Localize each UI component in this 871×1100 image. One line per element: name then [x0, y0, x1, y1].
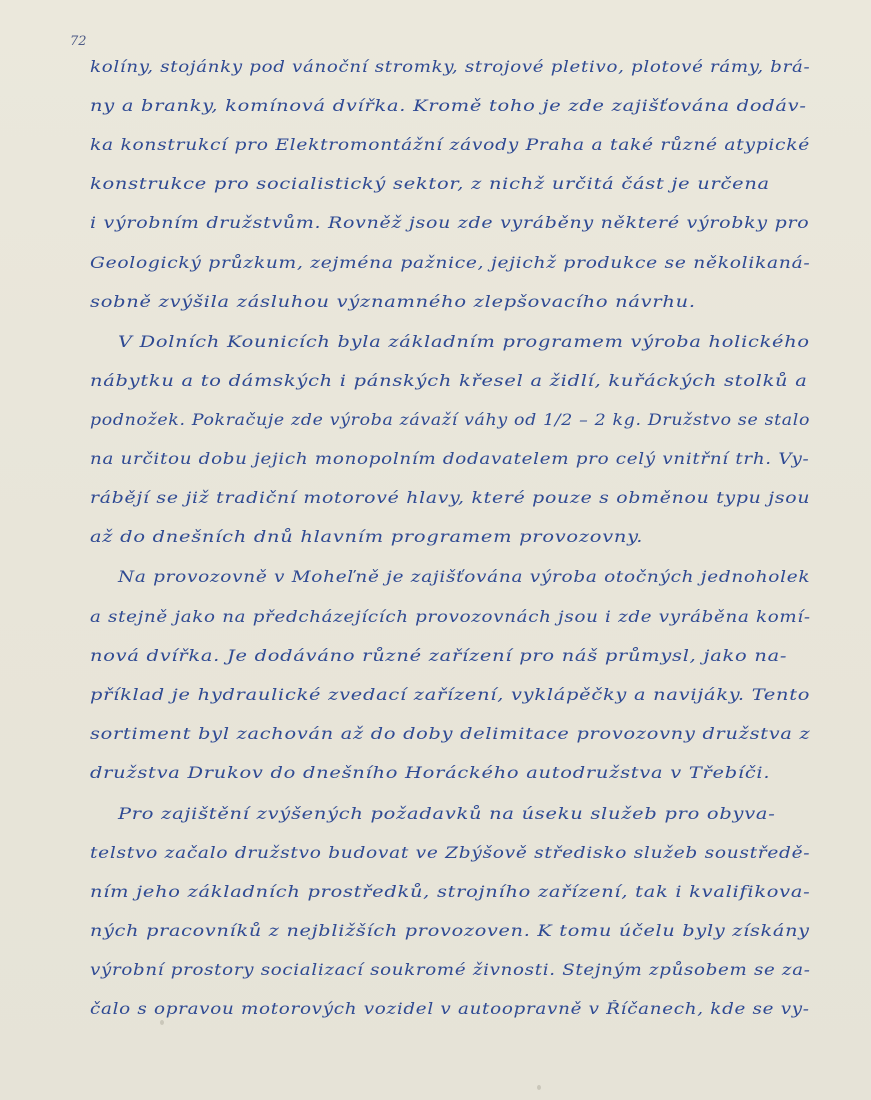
text-line-17: příklad je hydraulické zvedací zařízení,…	[90, 686, 810, 704]
page-number: 72	[70, 34, 87, 49]
text-line-8: V Dolních Kounicích byla základním progr…	[118, 333, 810, 351]
text-line-15: a stejně jako na předcházejících provozo…	[90, 608, 811, 626]
handwritten-page: 72 kolíny, stojánky pod vánoční stromky,…	[0, 0, 871, 1100]
text-line-20: Pro zajištění zvýšených požadavků na úse…	[118, 805, 776, 823]
paper-speck	[537, 1085, 541, 1090]
text-line-1: kolíny, stojánky pod vánoční stromky, st…	[90, 58, 810, 76]
text-line-10: podnožek. Pokračuje zde výroba závaží vá…	[90, 411, 810, 429]
text-line-22: ním jeho základních prostředků, strojníh…	[90, 883, 810, 901]
text-line-25: čalo s opravou motorových vozidel v auto…	[90, 1000, 810, 1018]
text-line-5: i výrobním družstvům. Rovněž jsou zde vy…	[90, 214, 809, 232]
text-line-23: ných pracovníků z nejbližších provozoven…	[90, 922, 810, 940]
text-line-18: sortiment byl zachován až do doby delimi…	[90, 725, 810, 743]
text-line-4: konstrukce pro socialistický sektor, z n…	[90, 175, 770, 193]
paper-speck	[160, 1020, 164, 1025]
text-line-16: nová dvířka. Je dodáváno různé zařízení …	[90, 647, 787, 665]
text-line-7: sobně zvýšila zásluhou významného zlepšo…	[90, 293, 696, 311]
text-line-14: Na provozovně v Moheľně je zajišťována v…	[118, 568, 810, 586]
text-line-3: ka konstrukcí pro Elektromontážní závody…	[90, 136, 810, 154]
text-line-9: nábytku a to dámských i pánských křesel …	[90, 372, 808, 390]
text-line-12: rábějí se již tradiční motorové hlavy, k…	[90, 489, 810, 507]
text-line-13: až do dnešních dnů hlavním programem pro…	[90, 528, 643, 546]
text-line-24: výrobní prostory socializací soukromé ži…	[90, 961, 811, 979]
text-line-2: ny a branky, komínová dvířka. Kromě toho…	[90, 97, 807, 115]
text-line-6: Geologický průzkum, zejména pažnice, jej…	[90, 254, 810, 272]
text-line-11: na určitou dobu jejich monopolním dodava…	[90, 450, 809, 468]
text-line-21: telstvo začalo družstvo budovat ve Zbýšo…	[90, 844, 810, 862]
text-line-19: družstva Drukov do dnešního Horáckého au…	[90, 764, 770, 782]
